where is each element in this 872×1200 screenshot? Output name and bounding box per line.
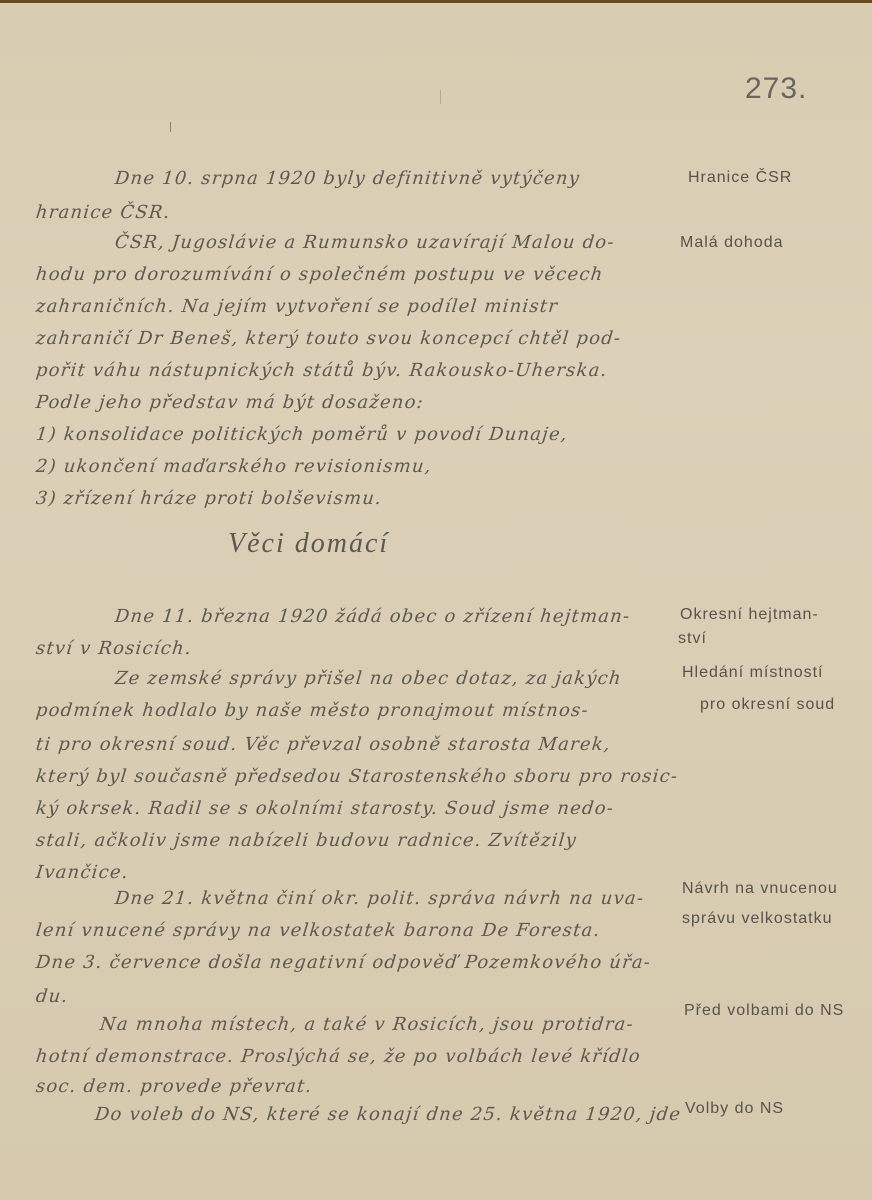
text-line: ký okrsek. Radil se s okolními starosty.… <box>35 798 615 819</box>
text-line: Dne 11. března 1920 žádá obec o zřízení … <box>114 606 632 627</box>
page-number: 273. <box>745 72 807 106</box>
text-line: hodu pro dorozumívání o společném postup… <box>35 264 605 285</box>
text-line: soc. dem. provede převrat. <box>35 1076 314 1097</box>
margin-note: Malá dohoda <box>680 234 784 252</box>
list-item: 2) ukončení maďarského revisionismu, <box>35 456 433 477</box>
text-line: pořit váhu nástupnických států býv. Rako… <box>35 360 609 381</box>
margin-note: Hranice ČSR <box>688 169 792 187</box>
text-line: ti pro okresní soud. Věc převzal osobně … <box>35 734 612 755</box>
text-line: podmínek hodlalo by naše město pronajmou… <box>35 700 590 721</box>
text-line: Dne 10. srpna 1920 byly definitivně vytý… <box>114 168 581 189</box>
margin-note: ství <box>678 630 707 648</box>
text-line: Do voleb do NS, které se konají dne 25. … <box>94 1104 682 1125</box>
margin-note: Před volbami do NS <box>684 1002 844 1020</box>
text-line: Ivančice. <box>35 862 130 883</box>
list-item: 3) zřízení hráze proti bolševismu. <box>35 488 383 509</box>
text-line: ství v Rosicích. <box>35 638 193 659</box>
margin-note: pro okresní soud <box>700 696 835 714</box>
text-line: Ze zemské správy přišel na obec dotaz, z… <box>114 668 623 689</box>
text-line: hotní demonstrace. Proslýchá se, že po v… <box>35 1046 642 1067</box>
margin-note: Hledání místností <box>682 664 824 682</box>
margin-note: Návrh na vnucenou <box>682 880 838 898</box>
text-line: Dne 21. května činí okr. polit. správa n… <box>114 888 645 909</box>
pencil-mark <box>170 122 171 132</box>
pencil-mark <box>440 90 441 104</box>
text-line: zahraničí Dr Beneš, který touto svou kon… <box>35 328 622 349</box>
text-line: stali, ačkoliv jsme nabízeli budovu radn… <box>35 830 578 851</box>
manuscript-page: 273. Dne 10. srpna 1920 byly definitivně… <box>0 0 872 1200</box>
text-line: lení vnucené správy na velkostatek baron… <box>35 920 602 941</box>
text-line: který byl současně předsedou Starostensk… <box>35 766 679 787</box>
text-line: Podle jeho představ má být dosaženo: <box>35 392 425 413</box>
margin-note: správu velkostatku <box>682 910 833 928</box>
text-line: Na mnoha místech, a také v Rosicích, jso… <box>99 1014 635 1035</box>
text-line: Dne 3. července došla negativní odpověď … <box>35 952 652 973</box>
text-line: du. <box>35 986 70 1007</box>
text-line: ČSR, Jugoslávie a Rumunsko uzavírají Mal… <box>114 232 616 253</box>
margin-note: Volby do NS <box>685 1100 784 1118</box>
list-item: 1) konsolidace politických poměrů v povo… <box>35 424 569 445</box>
section-heading: Věci domácí <box>228 528 389 560</box>
page-top-edge <box>0 0 872 3</box>
text-line: hranice ČSR. <box>35 202 172 223</box>
margin-note: Okresní hejtman- <box>680 606 819 624</box>
text-line: zahraničních. Na jejím vytvoření se podí… <box>35 296 559 317</box>
